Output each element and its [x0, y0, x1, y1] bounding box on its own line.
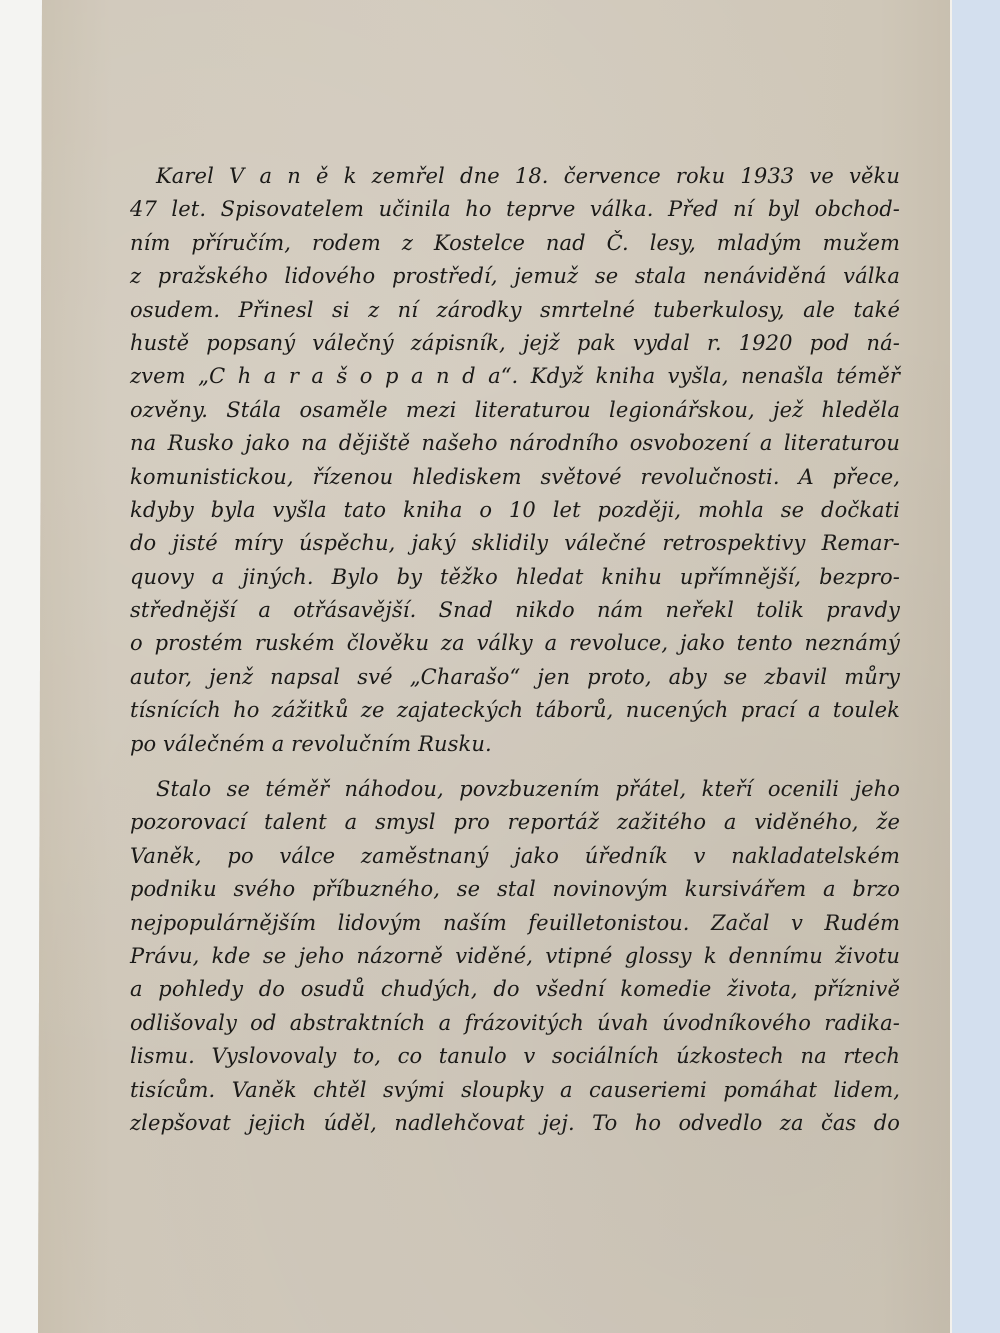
text-line: tísnících ho zážitků ze zajateckých tábo… [130, 694, 900, 727]
text-line: Stalo se téměř náhodou, povzbuzením přát… [130, 773, 900, 806]
text-line: odlišovaly od abstraktních a frázovitých… [130, 1007, 900, 1040]
page-text: Karel V a n ě k zemřel dne 18. července … [130, 160, 900, 1140]
text-line: po válečném a revolučním Rusku. [130, 728, 900, 761]
text-line: zlepšovat jejich úděl, nadlehčovat jej. … [130, 1107, 900, 1140]
text-line: podniku svého příbuzného, se stal novino… [130, 873, 900, 906]
paragraph-2: Stalo se téměř náhodou, povzbuzením přát… [130, 773, 900, 1140]
paragraph-1: Karel V a n ě k zemřel dne 18. července … [130, 160, 900, 761]
text-line: komunistickou, řízenou hlediskem světové… [130, 461, 900, 494]
text-line: 47 let. Spisovatelem učinila ho teprve v… [130, 193, 900, 226]
text-line: střednější a otřásavější. Snad nikdo nám… [130, 594, 900, 627]
paragraph-gap [130, 761, 900, 773]
text-line: tisícům. Vaněk chtěl svými sloupky a cau… [130, 1074, 900, 1107]
text-line: autor, jenž napsal své „Charašo“ jen pro… [130, 661, 900, 694]
text-line: ozvěny. Stála osaměle mezi literaturou l… [130, 394, 900, 427]
text-line: hustě popsaný válečný zápisník, jejž pak… [130, 327, 900, 360]
text-line: do jisté míry úspěchu, jaký sklidily vál… [130, 527, 900, 560]
text-line: lismu. Vyslovovaly to, co tanulo v sociá… [130, 1040, 900, 1073]
text-line: Vaněk, po válce zaměstnaný jako úředník … [130, 840, 900, 873]
text-line: ním příručím, rodem z Kostelce nad Č. le… [130, 227, 900, 260]
text-line: Právu, kde se jeho názorně viděné, vtipn… [130, 940, 900, 973]
text-line: nejpopulárnějším lidovým naším feuilleto… [130, 907, 900, 940]
text-line: Karel V a n ě k zemřel dne 18. července … [130, 160, 900, 193]
text-line: a pohledy do osudů chudých, do všední ko… [130, 973, 900, 1006]
text-line: zvem „C h a r a š o p a n d a“. Když kni… [130, 360, 900, 393]
text-line: pozorovací talent a smysl pro reportáž z… [130, 806, 900, 839]
text-line: osudem. Přinesl si z ní zárodky smrtelné… [130, 294, 900, 327]
text-line: quovy a jiných. Bylo by těžko hledat kni… [130, 561, 900, 594]
text-line: kdyby byla vyšla tato kniha o 10 let poz… [130, 494, 900, 527]
text-line: na Rusko jako na dějiště našeho národníh… [130, 427, 900, 460]
book-page: Karel V a n ě k zemřel dne 18. července … [38, 0, 952, 1333]
text-line: z pražského lidového prostředí, jemuž se… [130, 260, 900, 293]
text-line: o prostém ruském člověku za války a revo… [130, 627, 900, 660]
